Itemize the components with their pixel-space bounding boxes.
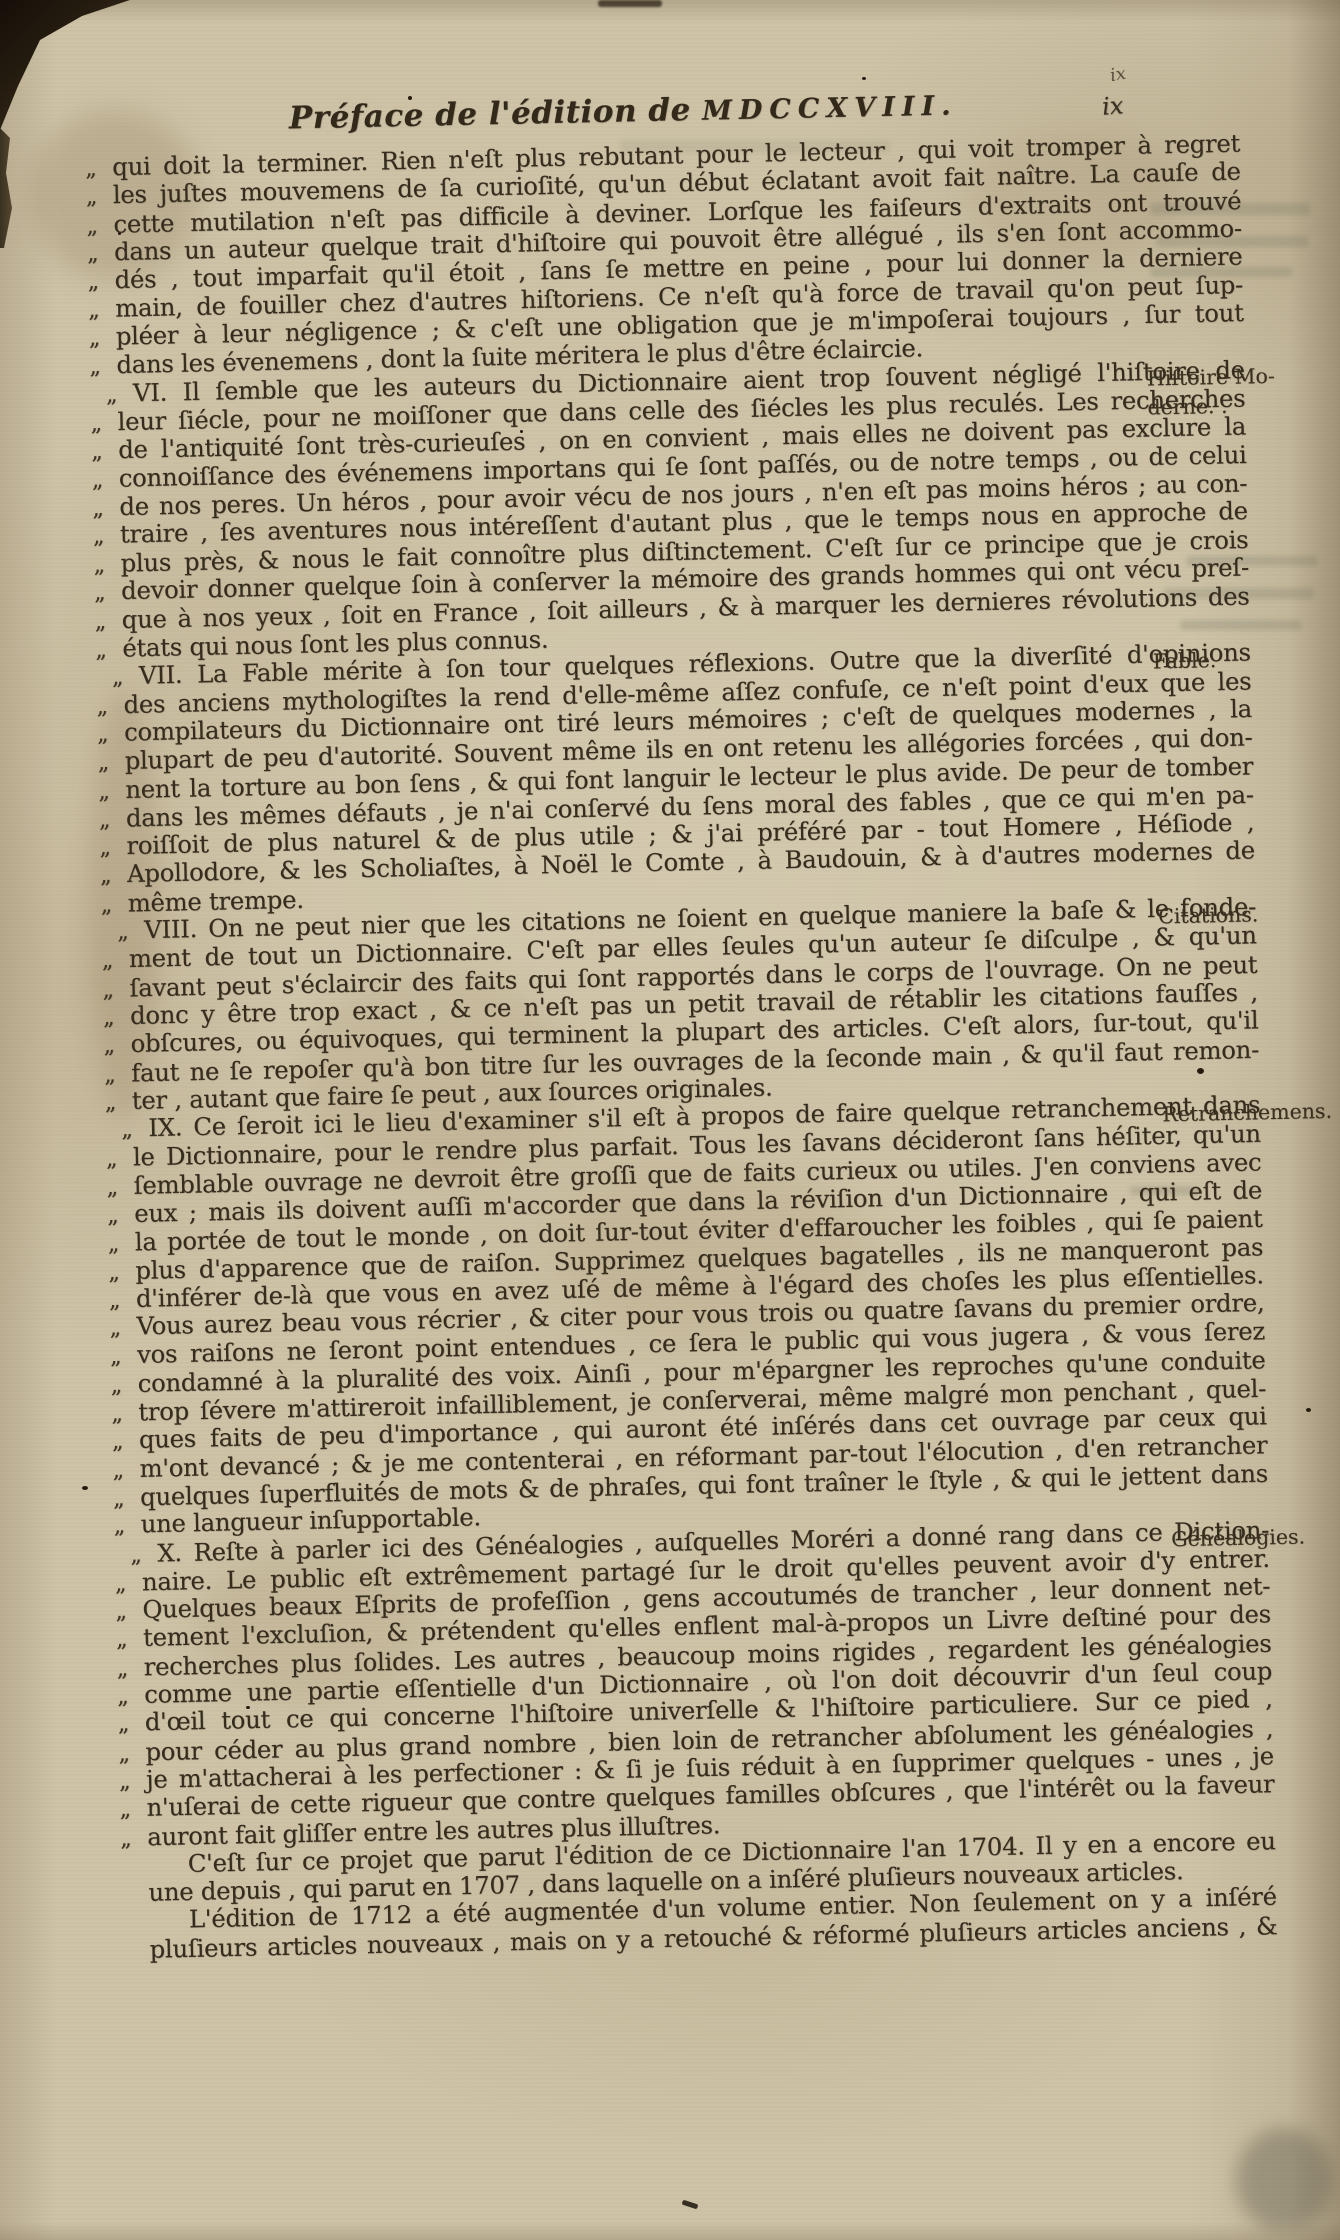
quote-mark: „: [100, 862, 128, 891]
quote-mark: „: [90, 410, 118, 439]
page-title-italic: Préface de l'édition de: [289, 92, 691, 136]
quote-mark: „: [108, 1258, 136, 1287]
quote-mark: „: [115, 1570, 143, 1599]
margin-note: Fable.: [1153, 645, 1340, 673]
quote-mark: „: [94, 608, 122, 637]
quote-mark: „: [98, 778, 126, 807]
quote-mark: „: [116, 1655, 144, 1684]
quote-mark: „: [93, 552, 121, 581]
margin-note: Hiſtoire Mo-: [1147, 363, 1340, 391]
quote-mark: „: [86, 183, 114, 212]
margin-note: Généalogies.: [1171, 1523, 1340, 1551]
quote-mark: „: [99, 806, 127, 835]
quote-mark: „: [92, 467, 120, 496]
quote-mark: „: [100, 891, 128, 920]
quote-mark: „: [113, 1485, 141, 1514]
quote-mark: „: [97, 749, 125, 778]
quote-mark: „: [117, 1683, 145, 1712]
quote-mark: „: [104, 1061, 132, 1090]
quote-mark: „: [107, 1202, 135, 1231]
quote-mark: „: [96, 693, 124, 722]
quote-mark: „: [102, 947, 130, 976]
quote-mark: „: [88, 297, 116, 326]
quote-mark: „: [92, 495, 120, 524]
quote-mark: „: [117, 918, 145, 947]
quote-mark: „: [97, 720, 125, 749]
quote-mark: „: [89, 324, 117, 353]
quote-mark: „: [105, 1089, 133, 1118]
quote-mark: „: [109, 1287, 137, 1316]
quote-mark: „: [110, 1343, 138, 1372]
quote-mark: „: [106, 1174, 134, 1203]
quote-mark: „: [108, 1231, 136, 1260]
quote-mark: „: [113, 1513, 141, 1542]
quote-mark: „: [110, 1372, 138, 1401]
quote-mark: „: [89, 353, 117, 382]
margin-note: Retranchemens.: [1162, 1098, 1340, 1126]
quote-mark: „: [130, 1541, 158, 1570]
quote-mark: „: [99, 834, 127, 863]
bottom-right-smudge: [1236, 2128, 1332, 2232]
quote-mark: „: [118, 1711, 146, 1740]
quote-mark: „: [112, 1457, 140, 1486]
quote-mark: „: [112, 1428, 140, 1457]
quote-mark: „: [95, 637, 123, 666]
quote-mark: „: [119, 1796, 147, 1825]
quote-mark: „: [94, 580, 122, 609]
bottom-ink-dash: [682, 2200, 699, 2210]
quote-mark: „: [91, 438, 119, 467]
quote-mark: „: [93, 522, 121, 551]
quote-mark: „: [87, 268, 115, 297]
quote-mark: „: [103, 1032, 131, 1061]
page-title-roman-numeral: MDCCXVIII.: [702, 90, 958, 126]
quote-mark: „: [116, 1626, 144, 1655]
quote-mark: „: [111, 1400, 139, 1429]
margin-note: derne. .: [1147, 391, 1340, 419]
quote-mark: „: [109, 1315, 137, 1344]
quote-mark: „: [102, 976, 130, 1005]
text-column: „qui doit la terminer. Rien n'eſt plus r…: [112, 130, 1278, 1964]
quote-mark: „: [120, 1825, 148, 1854]
quote-mark: „: [87, 240, 115, 269]
text-block: Préface de l'édition de MDCCXVIII. „qui …: [70, 34, 1340, 2060]
quote-mark: „: [106, 1146, 134, 1175]
quote-mark: „: [85, 155, 113, 184]
ink-speck: [82, 1486, 88, 1490]
torn-left-edge: [0, 128, 14, 248]
quote-mark: „: [119, 1768, 147, 1797]
quote-mark: „: [118, 1740, 146, 1769]
margin-note: Citations.: [1158, 900, 1340, 928]
top-edge-mark: [598, 0, 662, 7]
quote-mark: „: [86, 212, 114, 241]
quote-mark: „: [103, 1004, 131, 1033]
scanned-book-page: ix ix Préface de l'édition de MDCCXVIII.…: [0, 0, 1340, 2240]
quote-mark: „: [121, 1116, 149, 1145]
quote-mark: „: [115, 1598, 143, 1627]
